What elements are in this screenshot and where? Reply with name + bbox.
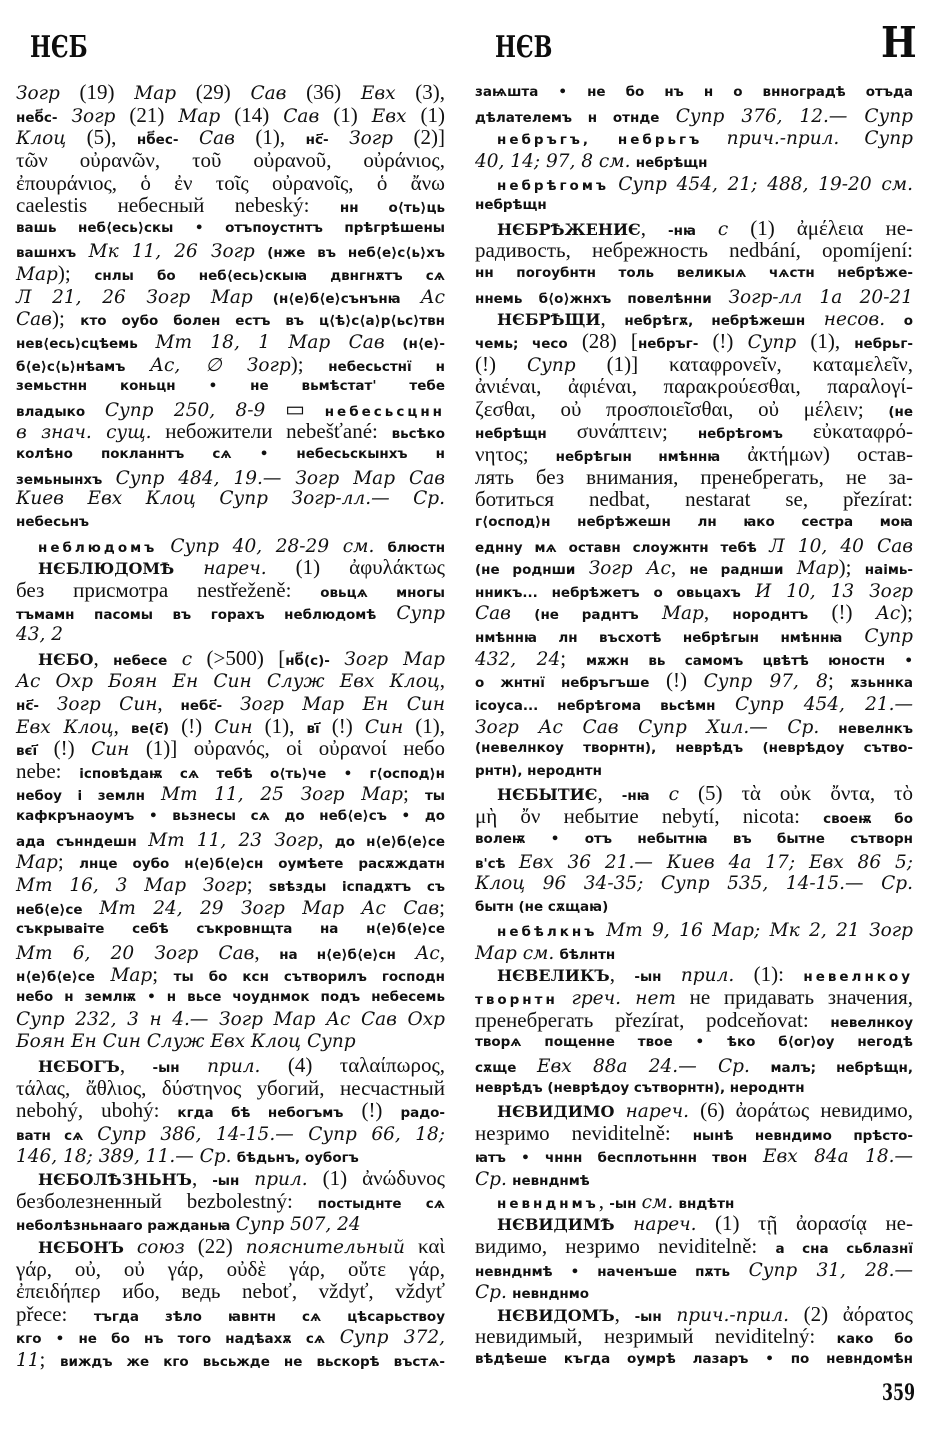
text-line: Клоц 96 34-35; Супр 535, 14-15.— Ср.	[475, 873, 913, 896]
italic-label: Мт 18, 1 Мар Сав	[156, 332, 385, 353]
italic-label: Супр 454, 21.—	[735, 694, 913, 715]
body-text	[516, 1053, 537, 1077]
italic-label: прил.	[207, 1056, 260, 1077]
italic-label: Сав	[199, 128, 235, 149]
body-text	[609, 171, 618, 195]
body-text	[730, 1257, 749, 1281]
church-slavonic-text: постыднте сѧ	[318, 1196, 445, 1212]
body-text: ,	[318, 827, 335, 851]
italic-label: Супр	[396, 603, 445, 624]
church-slavonic-text: невнднмѣ • наченъше пѫть	[475, 1264, 730, 1280]
headword: НЄБЫТИЄ	[497, 785, 598, 804]
church-slavonic-text: невелнкоу	[830, 1015, 913, 1031]
church-slavonic-text: чемь; чесо	[475, 336, 568, 352]
spaced-form: небрѣгомъ	[497, 178, 609, 194]
text-line: невидимый, незримый neviditelný: како бо	[475, 1325, 913, 1348]
italic-label: Сав	[250, 83, 286, 104]
italic-label: 146, 18; 389, 11.— Ср.	[16, 1146, 231, 1167]
church-slavonic-text: снлы бо неб⟨есь⟩скыꙗ двнгнѫтъ сѧ	[94, 268, 445, 284]
text-line: вашнхъ Мк 11, 26 Зогр (нже въ неб⟨е⟩с⟨ь⟩…	[16, 239, 445, 262]
church-slavonic-text: невнднмѣ	[512, 1173, 590, 1189]
text-line: неврѣдъ (неврѣдоу сътворнтн), нероднтн	[475, 1077, 913, 1100]
spaced-form: небръгъ, небрьгъ	[497, 132, 702, 148]
church-slavonic-text: малъ; небрѣщн,	[770, 1060, 913, 1076]
italic-label: Мт 9, 16 Мар; Мк 2, 21 Зогр	[606, 920, 913, 941]
body-text: τῶν οὐρανῶν, τοῦ οὐρανοῦ, οὐράνιος,	[16, 148, 445, 172]
body-text: );	[900, 600, 913, 624]
body-text: (1)] οὐρανός, οἱ οὐρανοί небо	[129, 736, 445, 760]
text-line: нникъ... небрѣжетъ о овьцахъ И 10, 13 Зо…	[475, 579, 913, 602]
headword: НЄБЛЮДОМѢ	[38, 559, 174, 578]
body-text: ,	[93, 646, 113, 670]
body-text: );	[839, 555, 865, 579]
church-slavonic-text: кафкрънаоумъ • вьзнесы сѧ до неб⟨е⟩съ • …	[16, 808, 445, 824]
text-line: небо н землѭ • н вьсе чоуднмок подъ небе…	[16, 986, 445, 1009]
headword: НЄБОЛѢЗНЬНЪ	[38, 1170, 192, 1189]
body-text: caelestis небесный nebeský:	[16, 193, 340, 217]
italic-label: Евх 84а 18.—	[763, 1146, 913, 1167]
text-line: дѣлателемъ н отнде Супр 376, 12.— Супр	[475, 104, 913, 127]
dictionary-page: НЄБ НЄВ Н Зогр (19) Мар (29) Сав (36) Ев…	[0, 0, 950, 1431]
church-slavonic-text: владыко	[16, 404, 85, 420]
body-text: незримо neviditelně:	[475, 1121, 693, 1145]
italic-label: 432, 24	[475, 649, 560, 670]
text-line: ннемь б⟨о⟩жнхъ повелѣнни Зогр-лл 1а 20-2…	[475, 285, 913, 308]
section-letter: Н	[881, 22, 917, 64]
church-slavonic-text: небрѣщн	[475, 197, 547, 213]
text-line: н⟨е⟩б⟨е⟩се Мар; ты бо ксн сътворилъ госп…	[16, 963, 445, 986]
body-text: (1)	[319, 103, 372, 127]
church-slavonic-text: блюстн	[387, 540, 445, 556]
body-text	[696, 216, 718, 240]
body-text: (29)	[176, 80, 250, 104]
body-text	[145, 781, 161, 805]
text-line: nebohý, ubohý: кгда бѣ небогъмъ (!) радо…	[16, 1099, 445, 1122]
church-slavonic-text: нб҃ес-	[137, 132, 179, 148]
italic-label: Клоц 96 34-35; Супр 535, 14-15.— Ср.	[475, 873, 913, 894]
body-text	[137, 827, 149, 851]
church-slavonic-text: заѩшта • не бо нъ н о внноградѣ отъда	[475, 84, 913, 100]
italic-label: Ас, ∅ Зогр	[150, 355, 291, 376]
body-text: ἐπειδήπερ ибо, ведь neboť, vždyť, vždyť	[16, 1279, 445, 1303]
body-text	[124, 1234, 137, 1258]
italic-label: Мар	[16, 264, 58, 285]
body-text: (2)]	[393, 125, 445, 149]
church-slavonic-text: -нꙗ	[622, 788, 650, 804]
body-text: (6) ἀοράτως невидимо,	[689, 1098, 913, 1122]
text-line: НЄВЕЛИКЪ, -ын прил. (1): невелнкоу	[475, 963, 913, 986]
text-line: ада сънндешн Мт 11, 23 Зогр, до н⟨е⟩б⟨е⟩…	[16, 828, 445, 851]
text-line: небръгъ, небрьгъ прич.-прил. Супр	[475, 126, 913, 149]
headword: НЄВИДИМѢ	[497, 1215, 615, 1234]
text-line: творѧ пощенне твое • ѣко б⟨ог⟩оу негодѣ	[475, 1031, 913, 1054]
headword: НЄВИДИМО	[497, 1102, 614, 1121]
church-slavonic-text: вєі҃	[16, 743, 37, 759]
italic-label: Зогр Син	[57, 694, 158, 715]
body-text: (1) ἀνώδυνος	[308, 1166, 445, 1190]
body-text	[805, 306, 824, 330]
church-slavonic-text: виждъ же кго вьсьжде не вьскорѣ въстѧ-	[60, 1354, 445, 1370]
text-line: чемь; чесо (28) [небръг- (!) Супр (1), н…	[475, 330, 913, 353]
body-text: (5) τὰ οὐκ ὄντα, τὸ	[679, 781, 913, 805]
body-text: nebe:	[16, 759, 79, 783]
body-text	[222, 691, 240, 715]
running-head-center: НЄВ	[495, 30, 552, 66]
church-slavonic-text: ісповѣдаѭ сѧ тебѣ о⟨ть⟩че • г⟨оспод⟩н	[79, 766, 445, 782]
text-line: бытн (не сѫщаꙗ)	[475, 896, 913, 919]
body-text: ἐπουράνιος, ὁ ἐν τοῖς οὐρανοῖς, ὁ ἄνω	[16, 171, 445, 195]
text-line: нс҃- Зогр Син, небс҃- Зогр Мар Ен Син	[16, 692, 445, 715]
body-text	[661, 962, 680, 986]
church-slavonic-text: небоу і землн	[16, 788, 145, 804]
body-text	[401, 284, 421, 308]
text-line: Зогр (19) Мар (29) Сав (36) Евх (3),	[16, 81, 445, 104]
italic-label: Сав	[16, 309, 52, 330]
text-line: Боян Ен Син Служ Евх Клоц Супр	[16, 1031, 445, 1054]
church-slavonic-text: небрѣщн	[475, 426, 547, 442]
body-text: (14)	[220, 103, 283, 127]
text-line: кго • не бо нъ того надѣахѫ сѧ Супр 372,	[16, 1325, 445, 1348]
church-slavonic-text: неврѣдъ (неврѣдоу сътворнтн), нероднтн	[475, 1080, 805, 1096]
body-text: (1),	[235, 125, 306, 149]
text-line: Мар см. бѣлнтн	[475, 941, 913, 964]
body-text: ,	[114, 714, 131, 738]
church-slavonic-text: нмѣннꙗ лн въсхотѣ небрѣгын нмѣннꙗ	[475, 630, 842, 646]
headword: НЄВИДОМЪ	[497, 1306, 615, 1325]
text-line: без присмотра nestřeženě: овьцѧ многы	[16, 579, 445, 602]
italic-label: Мар	[134, 83, 176, 104]
italic-label: Мар см.	[475, 943, 554, 964]
body-text: nebohý, ubohý:	[16, 1098, 177, 1122]
text-line: ватн сѧ Супр 386, 14-15.— Супр 66, 18;	[16, 1122, 445, 1145]
church-slavonic-text: небесьнъ	[16, 514, 89, 530]
body-text: (3),	[396, 80, 445, 104]
text-line: в'сѣ Евх 36 21.— Киев 4а 17; Евх 86 5;	[475, 850, 913, 873]
body-text	[95, 962, 111, 986]
text-line: радивость, небрежность nedbání, opomíjen…	[475, 239, 913, 262]
text-line: небрѣщн	[475, 194, 913, 217]
church-slavonic-text: небрѣгын нмѣннꙗ	[556, 449, 721, 465]
church-slavonic-text: волеѭ • отъ небытнꙗ въ бытне сътворн	[475, 831, 913, 847]
church-slavonic-text: ве(с҃)	[131, 721, 169, 737]
church-slavonic-text: а сна сьблазнї	[775, 1241, 913, 1257]
italic-label: Супр	[748, 332, 797, 353]
body-text	[325, 1324, 340, 1348]
church-slavonic-text: неб҃с-	[16, 110, 58, 126]
body-text	[750, 1053, 771, 1077]
body-text: (1),	[253, 714, 307, 738]
italic-label: И 10, 13 Зогр	[755, 581, 913, 602]
body-text	[239, 1166, 254, 1190]
text-line: заѩшта • не бо нъ н о внноградѣ отъда	[475, 81, 913, 104]
church-slavonic-text: небрьг-	[854, 336, 913, 352]
italic-label: прич.-прил.	[676, 1305, 789, 1326]
text-line: νητος; небрѣгын нмѣннꙗ ἀκτήμων) остав-	[475, 443, 913, 466]
text-line: ζεσθαι, οὐ προσποιεῖσθαι, οὐ μέλειν; (не	[475, 398, 913, 421]
text-line: ботиться nedbat, nestarat se, přezírat:	[475, 488, 913, 511]
text-line: НЄВИДИМО нареч. (6) ἀοράτως невидимо,	[475, 1099, 913, 1122]
text-line: Мт 6, 20 Зогр Сав, на н⟨е⟩б⟨е⟩сн Ас,	[16, 941, 445, 964]
text-line: невнднмъ, -ын см. вндѣтн	[475, 1190, 913, 1213]
body-text	[659, 103, 675, 127]
text-line: б⟨е⟩с⟨ь⟩нѣамъ Ас, ∅ Зогр); небесьстнї н	[16, 353, 445, 376]
italic-label: греч. нет	[571, 988, 676, 1009]
church-slavonic-text: творѧ пощенне твое • ѣко б⟨ог⟩оу негодѣ	[475, 1034, 913, 1050]
church-slavonic-text: лнце оубо н⟨е⟩б⟨е⟩сн оумѣете расѫждатн	[79, 856, 445, 872]
text-line: безболезненный bezbolestný: постыднте сѧ	[16, 1190, 445, 1213]
body-text: (1) ἀφυλάκτως	[267, 555, 445, 579]
italic-label: Боян Ен Син Служ Евх Клоц Супр	[16, 1031, 356, 1052]
text-line: Сав); кто оубо болен естъ въ ц⟨ѣ⟩с⟨а⟩р⟨ь…	[16, 307, 445, 330]
church-slavonic-text: (н⟨е⟩б⟨е⟩сънънꙗ	[273, 291, 401, 307]
church-slavonic-text: небесе	[113, 653, 167, 669]
body-text	[385, 329, 403, 353]
church-slavonic-text: невнднмо	[512, 1286, 589, 1302]
text-line: ἐπουράνιος, ὁ ἐν τοῖς οὐρανοῖς, ὁ ἄνω	[16, 172, 445, 195]
body-text	[819, 714, 838, 738]
church-slavonic-text: -ын	[635, 1309, 662, 1325]
text-line: НЄБОГЪ, -ын прил. (4) ταλαίπωρος,	[16, 1054, 445, 1077]
text-line: видимо, незримо neviditelně: а сна сьбла…	[475, 1235, 913, 1258]
italic-label: Супр 454, 21; 488, 19-20 см.	[618, 174, 913, 195]
church-slavonic-text: н⟨е⟩б⟨е⟩се	[16, 969, 95, 985]
italic-label: Син	[365, 717, 403, 738]
church-slavonic-text: ісоуса... небрѣгома вьсѣмн	[475, 698, 715, 714]
body-text	[102, 465, 115, 489]
church-slavonic-text: г⟨оспод⟩н небрѣжешн лн ꙗко сестра моꙗ	[475, 514, 913, 530]
italic-label: Ас	[421, 287, 445, 308]
body-text: );	[52, 306, 80, 330]
text-line: nebe: ісповѣдаѭ сѧ тебѣ о⟨ть⟩че • г⟨оспо…	[16, 760, 445, 783]
text-line: 43, 2	[16, 624, 445, 647]
text-line: пренебрегать přezírat, podceňovat: невел…	[475, 1009, 913, 1032]
church-slavonic-text: наімь-	[865, 562, 913, 578]
body-text: пренебрегать přezírat, podceňovat:	[475, 1008, 830, 1032]
text-line: нн погоубнтн толь великыѧ чѧстн небрѣже-	[475, 262, 913, 285]
text-line: небоу і землн Мт 11, 25 Зогр Мар; ты	[16, 782, 445, 805]
spaced-form: невелнкоу	[803, 969, 913, 985]
body-text: лять без внимания, пренебрегать, не за-	[475, 465, 913, 489]
church-slavonic-text: на н⟨е⟩б⟨е⟩сн	[279, 947, 396, 963]
body-text	[167, 646, 181, 670]
church-slavonic-text: -ын	[634, 969, 661, 985]
italic-label: Супр 97, 8	[704, 671, 828, 692]
body-text: ,	[598, 781, 622, 805]
body-text: ,	[641, 216, 668, 240]
body-text: (!)	[37, 736, 91, 760]
italic-label: нареч.	[626, 1101, 689, 1122]
body-text: ;	[58, 849, 79, 873]
body-text: (>500) [	[192, 646, 285, 670]
body-text: (5),	[66, 125, 137, 149]
italic-label: союз	[137, 1237, 185, 1258]
italic-label: Супр 31, 28.—	[749, 1260, 913, 1281]
italic-label: прил.	[681, 965, 734, 986]
text-line: Л 21, 26 Зогр Мар (н⟨е⟩б⟨е⟩сънънꙗ Ас	[16, 285, 445, 308]
italic-label: Супр 40, 28-29 см.	[170, 536, 374, 557]
running-head-left: НЄБ	[30, 30, 88, 66]
text-line: ἀνιέναι, ἀφιέναι, παρακρούεσθαι, παραλογ…	[475, 375, 913, 398]
body-text	[83, 1121, 97, 1145]
church-slavonic-text: небрѣщн	[636, 155, 708, 171]
italic-label: Ср.	[475, 1282, 507, 1303]
italic-label: Супр	[864, 626, 913, 647]
italic-label: Евх	[372, 106, 407, 127]
text-line: нев⟨есь⟩сцѣемь Мт 18, 1 Мар Сав (н⟨е⟩-	[16, 330, 445, 353]
spaced-form: небесьсцнн	[325, 404, 445, 420]
church-slavonic-text: -ын	[609, 1196, 636, 1212]
body-text: přece:	[16, 1302, 94, 1326]
body-text	[253, 284, 273, 308]
body-text: (1) ἀμέλεια не-	[728, 216, 913, 240]
italic-label: Супр 507, 24	[236, 1214, 361, 1235]
text-line: небрѣщн συνάπτειν; небрѣгомъ εὐκαταφρό-	[475, 420, 913, 443]
body-text: τάλας, ἄθλιος, δύστηνος убогий, несчастн…	[16, 1076, 445, 1100]
body-text: καὶ	[405, 1234, 445, 1258]
italic-label: Мт 11, 25 Зогр Мар	[161, 784, 403, 805]
body-text: (!)	[475, 352, 527, 376]
body-text: радивость, небрежность nedbání, opomíjen…	[475, 238, 913, 262]
body-text: ,	[254, 940, 279, 964]
body-text: (1),	[403, 714, 445, 738]
body-text	[83, 895, 100, 919]
text-line: Ас Охр Боян Ен Син Служ Евх Клоц,	[16, 669, 445, 692]
body-text	[712, 284, 729, 308]
body-text	[715, 691, 735, 715]
body-text: ботиться nedbat, nestarat se, přezírat:	[475, 487, 913, 511]
body-text: εὐκαταφρό-	[783, 419, 913, 443]
italic-label: Супр 372,	[340, 1327, 445, 1348]
italic-label: Мт 16, 3 Мар Зогр	[16, 875, 247, 896]
church-slavonic-text: нороднтъ	[732, 607, 808, 623]
text-line: волеѭ • отъ небытнꙗ въ бытне сътворн	[475, 828, 913, 851]
body-text: ;	[40, 1347, 60, 1371]
body-text: μὴ ὄν небытие nebytí, nicota:	[475, 804, 823, 828]
text-line: неблюдомъ Супр 40, 28-29 см. блюстн	[16, 534, 445, 557]
church-slavonic-text: еднну мѧ оставн слоужнтн тебѣ	[475, 540, 757, 556]
italic-label: Ср.	[475, 1169, 507, 1190]
church-slavonic-text: ѕвѣзды іспадѫтъ съ	[269, 879, 445, 895]
body-text	[138, 329, 156, 353]
church-slavonic-text: (нже въ неб⟨е⟩с⟨ь⟩хъ	[267, 245, 445, 261]
text-line: 11; виждъ же кго вьсьжде не вьскорѣ въст…	[16, 1348, 445, 1371]
body-text	[255, 238, 267, 262]
body-text	[506, 849, 519, 873]
church-slavonic-text: кто оубо болен естъ въ ц⟨ѣ⟩с⟨а⟩р⟨ьс⟩твн	[80, 313, 445, 329]
church-slavonic-text: вашнхъ	[16, 245, 76, 261]
text-line: владыко Супр 250, 8-9 ▭ небесьсцнн	[16, 398, 445, 421]
body-text: невидимый, незримый neviditelný:	[475, 1324, 837, 1348]
headword: НЄБО	[38, 650, 93, 669]
body-text	[842, 623, 864, 647]
text-line: невнднмѣ • наченъше пѫть Супр 31, 28.—	[475, 1258, 913, 1281]
text-line: НЄБО, небесе с (>500) [нб҃(с)- Зогр Мар	[16, 647, 445, 670]
text-line: Мар; лнце оубо н⟨е⟩б⟨е⟩сн оумѣете расѫжд…	[16, 850, 445, 873]
italic-label: Син	[91, 739, 129, 760]
body-text	[329, 125, 350, 149]
church-slavonic-text: вашь неб⟨есь⟩скы • отъпоустнтъ прѣгрѣшен…	[16, 220, 445, 236]
body-text	[702, 125, 726, 149]
body-text	[650, 781, 669, 805]
church-slavonic-text: ві҃	[307, 721, 320, 737]
italic-label: Супр 484, 19.— Зогр Мар Сав	[116, 468, 445, 489]
italic-label: с	[718, 219, 728, 240]
body-text	[180, 1053, 207, 1077]
church-slavonic-text: рнтн), нероднтн	[475, 763, 602, 779]
church-slavonic-text: небо н землѭ • н вьсе чоуднмок подъ небе…	[16, 989, 445, 1005]
italic-label: Мар	[662, 603, 704, 624]
body-text: ,	[157, 691, 180, 715]
church-slavonic-text: (не раднтъ	[534, 607, 638, 623]
church-slavonic-text: до н⟨е⟩б⟨е⟩се	[335, 834, 445, 850]
text-line: (невелнкоу творнтн), неврѣдъ (неврѣдоу с…	[475, 737, 913, 760]
text-line: съкрываіте себѣ съкровнщта на н⟨е⟩б⟨е⟩се	[16, 918, 445, 941]
church-slavonic-text: бытн (не сѫщаꙗ)	[475, 899, 608, 915]
text-line: НЄБОНЪ союз (22) пояснительный καὶ	[16, 1235, 445, 1258]
body-text: (!)	[649, 668, 703, 692]
italic-label: Зогр Ас	[589, 558, 671, 579]
body-text: ;	[403, 781, 425, 805]
text-line: ісоуса... небрѣгома вьсѣмн Супр 454, 21.…	[475, 692, 913, 715]
church-slavonic-text: ты	[425, 788, 445, 804]
body-text: ;	[439, 895, 445, 919]
body-text: ,	[671, 555, 690, 579]
italic-label: Сав	[283, 106, 319, 127]
page-number: 359	[882, 1380, 915, 1406]
text-line: колѣно покланнтъ сѧ • небесьскынхъ н	[16, 443, 445, 466]
body-text	[885, 306, 904, 330]
church-slavonic-text: ты бо ксн сътворилъ господн	[174, 969, 445, 985]
church-slavonic-text: (н⟨е⟩-	[402, 336, 445, 352]
text-line: кафкрънаоумъ • вьзнесы сѧ до неб⟨е⟩съ • …	[16, 805, 445, 828]
church-slavonic-text: невелнкъ	[838, 721, 913, 737]
italic-label: с	[669, 784, 679, 805]
italic-label: несов.	[824, 309, 885, 330]
church-slavonic-text: кго • не бо нъ того надѣахѫ сѧ	[16, 1331, 325, 1347]
italic-label: Мт 11, 23 Зогр	[148, 830, 318, 851]
body-text: (1) τῇ ἀορασίᾳ не-	[697, 1211, 913, 1235]
body-text	[614, 1098, 625, 1122]
church-slavonic-text: колѣно покланнтъ сѧ • небесьскынхъ н	[16, 446, 445, 462]
spaced-form: творнтн	[475, 992, 558, 1008]
text-line: земьстнн коньцн • не вьмѣстат' тебе	[16, 375, 445, 398]
italic-label: Ас	[876, 603, 900, 624]
body-text	[396, 940, 416, 964]
text-line: о жнтнї небръгъше (!) Супр 97, 8; ѫзьннк…	[475, 669, 913, 692]
italic-label: 40, 14; 97, 8 см.	[475, 151, 631, 172]
text-line: НЄБРѢЖЕНИЄ, -нꙗ с (1) ἀμέλεια не-	[475, 217, 913, 240]
text-line: в знач. сущ. небожители nebešťané: вьсѣк…	[16, 420, 445, 443]
body-text	[85, 397, 105, 421]
body-text	[747, 1143, 763, 1167]
text-line: 432, 24; мѫжн вь самомъ цвѣтѣ юностн •	[475, 647, 913, 670]
church-slavonic-text: ннемь б⟨о⟩жнхъ повелѣнни	[475, 291, 712, 307]
text-line: Мт 16, 3 Мар Зогр; ѕвѣзды іспадѫтъ съ	[16, 873, 445, 896]
italic-label: Сав	[475, 603, 511, 624]
headword: НЄБОГЪ	[38, 1057, 120, 1076]
church-slavonic-text: не раднши	[689, 562, 783, 578]
church-slavonic-text: бѣлнтн	[560, 947, 616, 963]
text-line: НЄБЫТИЄ, -нꙗ с (5) τὰ οὐκ ὄντα, τὸ	[475, 782, 913, 805]
text-line: вєі҃ (!) Син (1)] οὐρανός, οἱ οὐρανοί не…	[16, 737, 445, 760]
text-line: 146, 18; 389, 11.— Ср. бѣдьнъ, оубогъ	[16, 1144, 445, 1167]
text-line: Зогр Ас Сав Супр Хил.— Ср. невелнкъ	[475, 715, 913, 738]
body-text	[511, 600, 534, 624]
body-text: ἀνιέναι, ἀφιέναι, παρακρούεσθαι, παραλογ…	[475, 374, 913, 398]
italic-label: Ас	[415, 943, 439, 964]
body-text	[76, 238, 88, 262]
body-text: ,	[120, 1053, 153, 1077]
